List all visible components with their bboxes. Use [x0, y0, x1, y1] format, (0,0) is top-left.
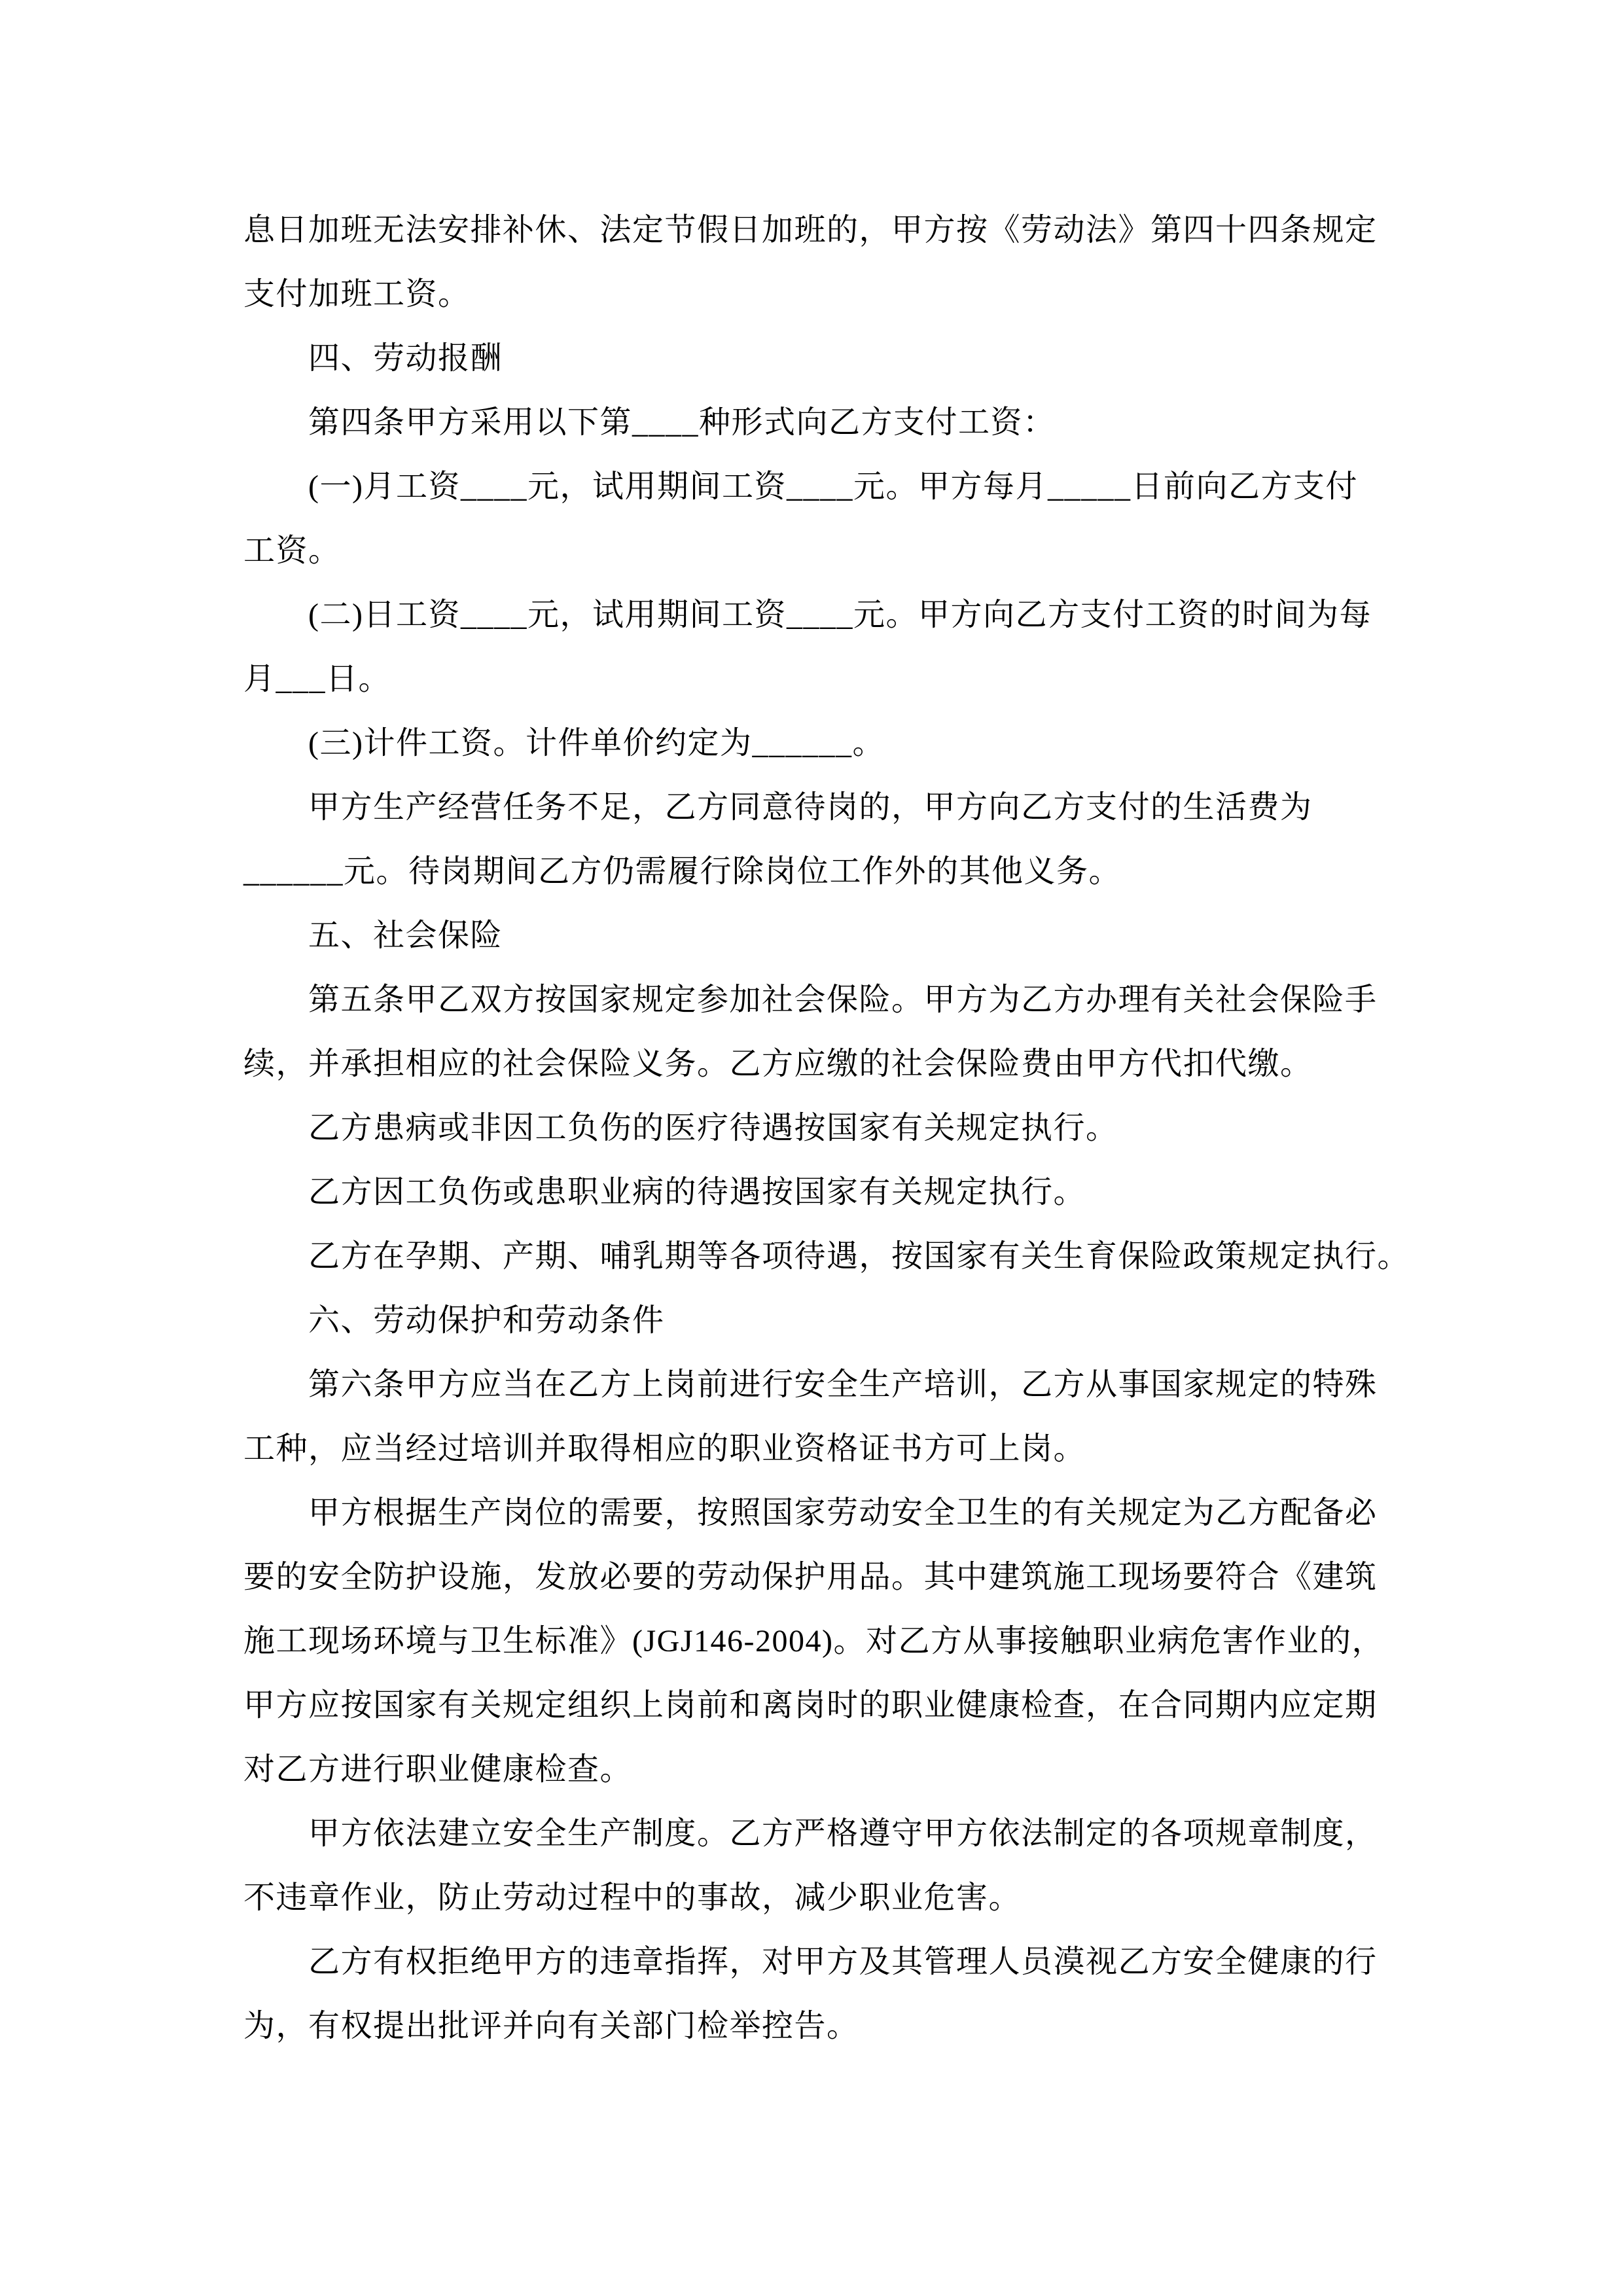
text-line: (三)计件工资。计件单价约定为______。: [243, 711, 1453, 776]
text-line: 为，有权提出批评并向有关部门检举控告。: [243, 1994, 1453, 2058]
text-line: 第四条甲方采用以下第____种形式向乙方支付工资：: [243, 391, 1453, 455]
text-line: 六、劳动保护和劳动条件: [243, 1289, 1453, 1353]
text-line: 施工现场环境与卫生标准》(JGJ146-2004)。对乙方从事接触职业病危害作业…: [243, 1609, 1453, 1674]
text-line: 甲方依法建立安全生产制度。乙方严格遵守甲方依法制定的各项规章制度，: [243, 1802, 1453, 1866]
text-line: 甲方生产经营任务不足，乙方同意待岗的，甲方向乙方支付的生活费为: [243, 776, 1453, 840]
text-line: 乙方有权拒绝甲方的违章指挥，对甲方及其管理人员漠视乙方安全健康的行: [243, 1930, 1453, 1994]
text-line: 甲方根据生产岗位的需要，按照国家劳动安全卫生的有关规定为乙方配备必: [243, 1481, 1453, 1545]
text-line: 五、社会保险: [243, 904, 1453, 968]
text-line: (一)月工资____元，试用期间工资____元。甲方每月_____日前向乙方支付: [243, 455, 1453, 519]
text-line: 续，并承担相应的社会保险义务。乙方应缴的社会保险费由甲方代扣代缴。: [243, 1032, 1453, 1096]
text-line: 乙方患病或非因工负伤的医疗待遇按国家有关规定执行。: [243, 1096, 1453, 1160]
text-line: (二)日工资____元，试用期间工资____元。甲方向乙方支付工资的时间为每: [243, 583, 1453, 647]
text-line: 对乙方进行职业健康检查。: [243, 1738, 1453, 1802]
text-line: 工种，应当经过培训并取得相应的职业资格证书方可上岗。: [243, 1417, 1453, 1481]
text-line: ______元。待岗期间乙方仍需履行除岗位工作外的其他义务。: [243, 840, 1453, 904]
text-line: 第五条甲乙双方按国家规定参加社会保险。甲方为乙方办理有关社会保险手: [243, 968, 1453, 1032]
text-line: 四、劳动报酬: [243, 327, 1453, 391]
contract-text-block: 息日加班无法安排补休、法定节假日加班的，甲方按《劳动法》第四十四条规定支付加班工…: [0, 0, 1623, 2058]
text-line: 乙方因工负伤或患职业病的待遇按国家有关规定执行。: [243, 1160, 1453, 1225]
text-line: 甲方应按国家有关规定组织上岗前和离岗时的职业健康检查，在合同期内应定期: [243, 1674, 1453, 1738]
text-line: 不违章作业，防止劳动过程中的事故，减少职业危害。: [243, 1866, 1453, 1930]
text-line: 支付加班工资。: [243, 262, 1453, 327]
text-line: 第六条甲方应当在乙方上岗前进行安全生产培训，乙方从事国家规定的特殊: [243, 1353, 1453, 1417]
text-line: 要的安全防护设施，发放必要的劳动保护用品。其中建筑施工现场要符合《建筑: [243, 1545, 1453, 1609]
text-line: 工资。: [243, 519, 1453, 583]
contract-page: 息日加班无法安排补休、法定节假日加班的，甲方按《劳动法》第四十四条规定支付加班工…: [0, 0, 1623, 2296]
text-line: 月___日。: [243, 647, 1453, 711]
text-line: 乙方在孕期、产期、哺乳期等各项待遇，按国家有关生育保险政策规定执行。: [243, 1225, 1453, 1289]
text-line: 息日加班无法安排补休、法定节假日加班的，甲方按《劳动法》第四十四条规定: [243, 198, 1453, 262]
